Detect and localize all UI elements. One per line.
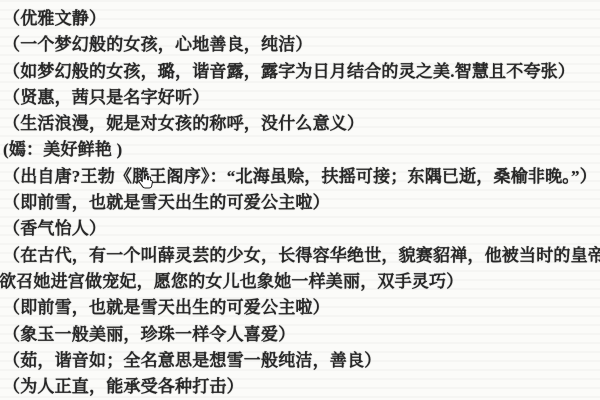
text-line-11: 欲召她进宫做宠妃，愿您的女儿也象她一样美丽，双手灵巧） <box>0 269 600 295</box>
document-text-block: （优雅文静） （一个梦幻般的女孩，心地善良，纯洁） （如梦幻般的女孩，璐，谐音露… <box>3 6 600 400</box>
text-line-1: （优雅文静） <box>3 6 600 32</box>
text-line-7: （出自唐?王勃《滕王阁序》：“北海虽赊，扶摇可接；东隅已逝，桑榆非晚。”） <box>3 164 600 190</box>
text-line-12: （即前雪，也就是雪天出生的可爱公主啦） <box>3 295 600 321</box>
text-line-13: （象玉一般美丽，珍珠一样令人喜爱） <box>3 322 600 348</box>
text-line-15: （为人正直，能承受各种打击） <box>3 374 600 400</box>
text-line-4: （贤惠，茜只是名字好听） <box>3 85 600 111</box>
text-line-3: （如梦幻般的女孩，璐，谐音露，露字为日月结合的灵之美.智慧且不夸张） <box>3 59 600 85</box>
text-line-9: （香气怡人） <box>3 216 600 242</box>
text-line-6: (嫣：美好鲜艳 ) <box>3 137 600 163</box>
text-line-10: （在古代，有一个叫薛灵芸的少女，长得容华绝世，貌赛貂禅，他被当时的皇帝曹丕 <box>3 243 600 269</box>
text-line-14: （茹，谐音如；全名意思是想雪一般纯洁，善良） <box>3 348 600 374</box>
text-line-8: （即前雪，也就是雪天出生的可爱公主啦） <box>3 190 600 216</box>
text-line-5: （生活浪漫，妮是对女孩的称呼，没什么意义） <box>3 111 600 137</box>
text-line-2: （一个梦幻般的女孩，心地善良，纯洁） <box>3 32 600 58</box>
